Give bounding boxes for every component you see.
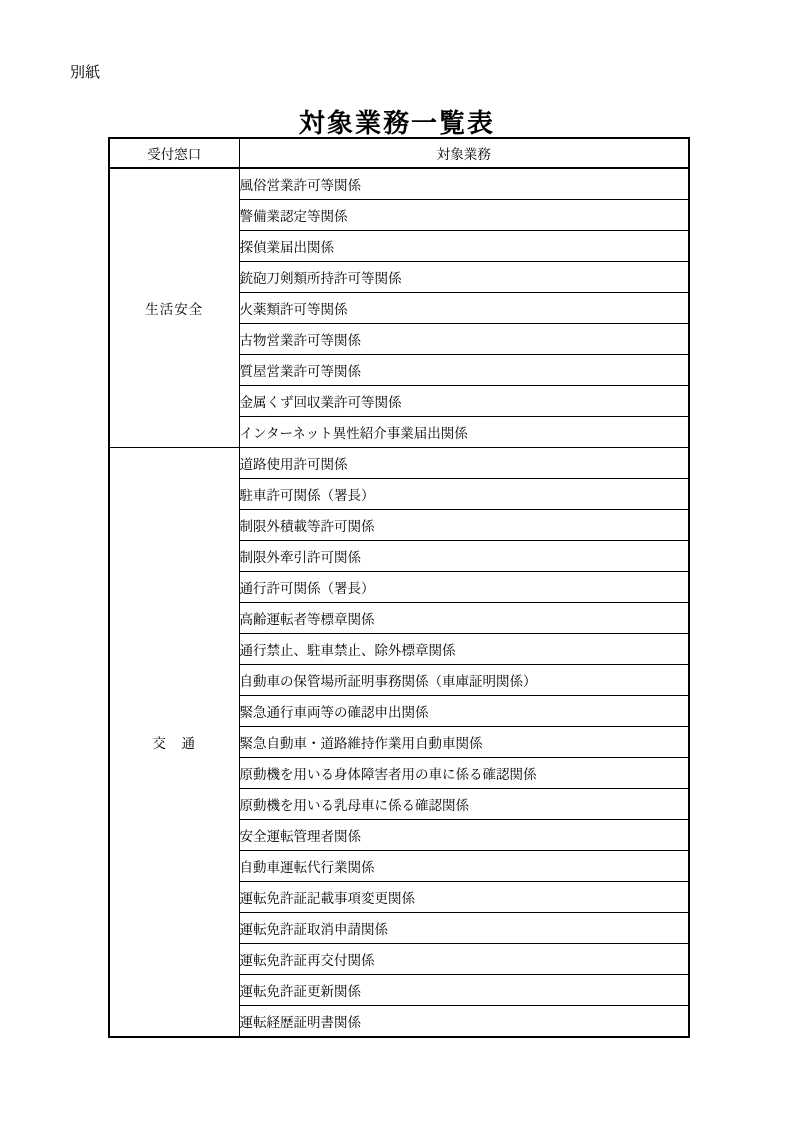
business-item-cell: 制限外積載等許可関係 (239, 510, 689, 541)
table-header-row: 受付窓口 対象業務 (109, 138, 689, 168)
page-title: 対象業務一覧表 (0, 103, 794, 140)
business-item-cell: 火薬類許可等関係 (239, 293, 689, 324)
business-item-cell: 風俗営業許可等関係 (239, 168, 689, 200)
header-reception-window: 受付窓口 (109, 138, 239, 168)
business-item-cell: 運転免許証取消申請関係 (239, 913, 689, 944)
business-item-cell: 緊急通行車両等の確認申出関係 (239, 696, 689, 727)
business-item-cell: 運転経歴証明書関係 (239, 1006, 689, 1038)
reception-window-cell: 交 通 (109, 448, 239, 1038)
attachment-label: 別紙 (70, 64, 100, 82)
business-item-cell: 原動機を用いる身体障害者用の車に係る確認関係 (239, 758, 689, 789)
table-row: 生活安全風俗営業許可等関係 (109, 168, 689, 200)
business-item-cell: 自動車の保管場所証明事務関係（車庫証明関係） (239, 665, 689, 696)
business-item-cell: 質屋営業許可等関係 (239, 355, 689, 386)
document-page: 別紙 対象業務一覧表 受付窓口 対象業務 生活安全風俗営業許可等関係警備業認定等… (0, 0, 794, 1123)
business-item-cell: 運転免許証再交付関係 (239, 944, 689, 975)
business-item-cell: 安全運転管理者関係 (239, 820, 689, 851)
business-item-cell: 制限外牽引許可関係 (239, 541, 689, 572)
business-table-body: 生活安全風俗営業許可等関係警備業認定等関係探偵業届出関係銃砲刀剣類所持許可等関係… (109, 168, 689, 1037)
business-item-cell: インターネット異性紹介事業届出関係 (239, 417, 689, 448)
business-item-cell: 高齢運転者等標章関係 (239, 603, 689, 634)
business-table: 受付窓口 対象業務 生活安全風俗営業許可等関係警備業認定等関係探偵業届出関係銃砲… (108, 137, 690, 1038)
business-item-cell: 自動車運転代行業関係 (239, 851, 689, 882)
business-item-cell: 運転免許証記載事項変更関係 (239, 882, 689, 913)
business-item-cell: 緊急自動車・道路維持作業用自動車関係 (239, 727, 689, 758)
business-item-cell: 金属くず回収業許可等関係 (239, 386, 689, 417)
business-item-cell: 古物営業許可等関係 (239, 324, 689, 355)
business-item-cell: 駐車許可関係（署長） (239, 479, 689, 510)
business-item-cell: 通行許可関係（署長） (239, 572, 689, 603)
business-item-cell: 銃砲刀剣類所持許可等関係 (239, 262, 689, 293)
reception-window-cell: 生活安全 (109, 168, 239, 448)
business-item-cell: 警備業認定等関係 (239, 200, 689, 231)
business-item-cell: 運転免許証更新関係 (239, 975, 689, 1006)
business-item-cell: 通行禁止、駐車禁止、除外標章関係 (239, 634, 689, 665)
business-item-cell: 原動機を用いる乳母車に係る確認関係 (239, 789, 689, 820)
business-item-cell: 道路使用許可関係 (239, 448, 689, 479)
header-target-business: 対象業務 (239, 138, 689, 168)
table-row: 交 通道路使用許可関係 (109, 448, 689, 479)
business-item-cell: 探偵業届出関係 (239, 231, 689, 262)
